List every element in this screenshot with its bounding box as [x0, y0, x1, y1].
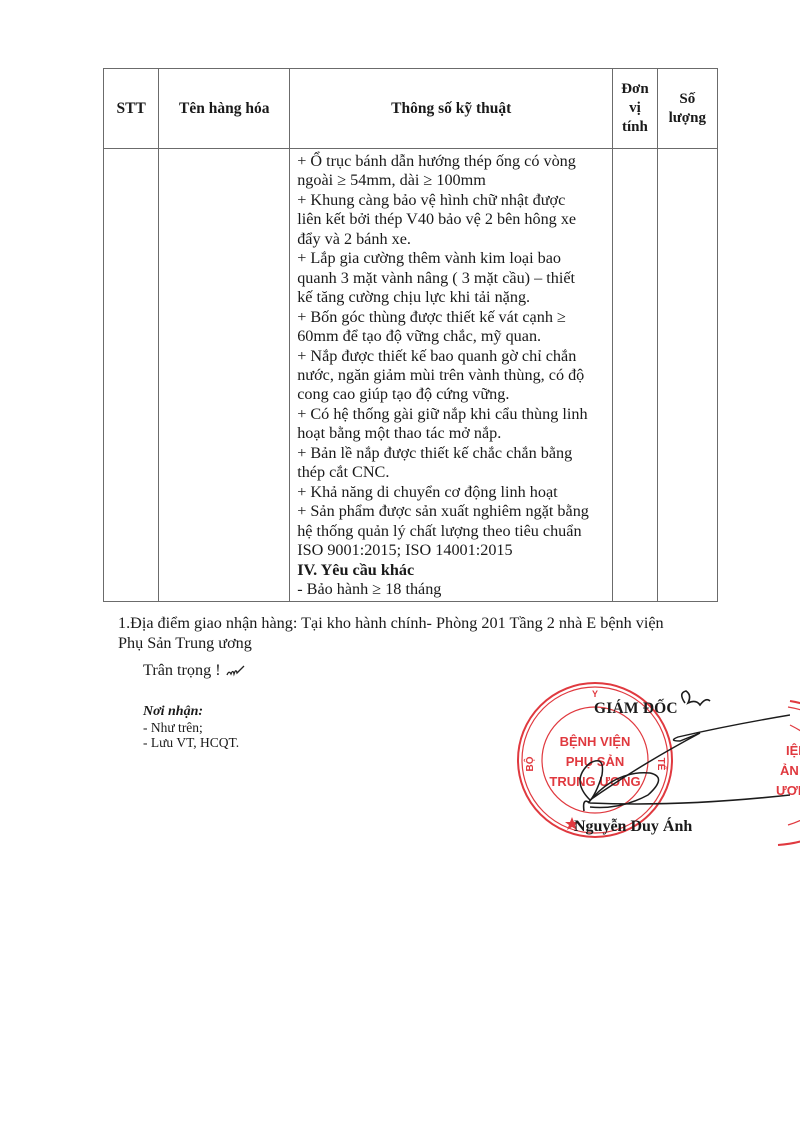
recipients-title: Nơi nhận:: [143, 704, 239, 720]
spec-line: ngoài ≥ 54mm, dài ≥ 100mm: [297, 171, 608, 190]
header-stt: STT: [104, 69, 159, 149]
initial-mark-icon: [225, 664, 245, 678]
spec-line: + Nắp được thiết kế bao quanh gờ chỉ chắ…: [297, 347, 608, 366]
spec-line: - Bảo hành ≥ 18 tháng: [297, 580, 608, 599]
spec-line: + Lắp gia cường thêm vành kim loại bao: [297, 249, 608, 268]
spec-line: kế tăng cường chịu lực khi tải nặng.: [297, 288, 608, 307]
cell-qty: [657, 149, 717, 602]
cell-unit: [613, 149, 657, 602]
cell-stt: [104, 149, 159, 602]
spec-line: + Bản lề nắp được thiết kế chắc chắn bằn…: [297, 444, 608, 463]
spec-line: + Khung càng bảo vệ hình chữ nhật được: [297, 191, 608, 210]
spec-line: liên kết bởi thép V40 bảo vệ 2 bên hông …: [297, 210, 608, 229]
header-name: Tên hàng hóa: [159, 69, 290, 149]
delivery-location: 1.Địa điểm giao nhận hàng: Tại kho hành …: [118, 613, 728, 653]
spec-line: ISO 9001:2015; ISO 14001:2015: [297, 541, 608, 560]
spec-line: quanh 3 mặt vành nâng ( 3 mặt cầu) – thi…: [297, 269, 608, 288]
spec-line: nước, ngăn giảm mùi trên vành thùng, có …: [297, 366, 608, 385]
svg-text:BỘ: BỘ: [523, 756, 536, 771]
cell-spec: + Ổ trục bánh dẫn hướng thép ống có vòng…: [290, 149, 613, 602]
spec-line: 60mm để tạo độ vững chắc, mỹ quan.: [297, 327, 608, 346]
spec-line: đẩy và 2 bánh xe.: [297, 230, 608, 249]
recipients-block: Nơi nhận: - Như trên; - Lưu VT, HCQT.: [143, 704, 239, 751]
spec-table: STT Tên hàng hóa Thông số kỹ thuật Đơn v…: [103, 68, 718, 602]
header-qty: Số lượng: [657, 69, 717, 149]
spec-line: hệ thống quản lý chất lượng theo tiêu ch…: [297, 522, 608, 541]
header-unit: Đơn vị tính: [613, 69, 657, 149]
spec-line: + Có hệ thống gài giữ nắp khi cẩu thùng …: [297, 405, 608, 424]
spec-section-heading: IV. Yêu cầu khác: [297, 561, 608, 580]
spec-line: + Sản phẩm được sản xuất nghiêm ngặt bằn…: [297, 502, 608, 521]
spec-line: cong cao giúp tạo độ cứng vững.: [297, 385, 608, 404]
recipient-item: - Lưu VT, HCQT.: [143, 735, 239, 751]
table-row: + Ổ trục bánh dẫn hướng thép ống có vòng…: [104, 149, 718, 602]
spec-line: thép cắt CNC.: [297, 463, 608, 482]
spec-line: + Khả năng di chuyển cơ động linh hoạt: [297, 483, 608, 502]
header-spec: Thông số kỹ thuật: [290, 69, 613, 149]
spec-line: hoạt bằng một thao tác mở nắp.: [297, 424, 608, 443]
spec-line: + Ổ trục bánh dẫn hướng thép ống có vòng: [297, 152, 608, 171]
recipient-item: - Như trên;: [143, 720, 239, 736]
table-header-row: STT Tên hàng hóa Thông số kỹ thuật Đơn v…: [104, 69, 718, 149]
handwritten-signature-icon: [560, 685, 790, 825]
closing-regards: Trân trọng !: [143, 661, 245, 680]
document-page: STT Tên hàng hóa Thông số kỹ thuật Đơn v…: [0, 0, 800, 1141]
spec-line: + Bốn góc thùng được thiết kế vát cạnh ≥: [297, 308, 608, 327]
signer-name: Nguyễn Duy Ánh: [574, 818, 692, 836]
cell-name: [159, 149, 290, 602]
